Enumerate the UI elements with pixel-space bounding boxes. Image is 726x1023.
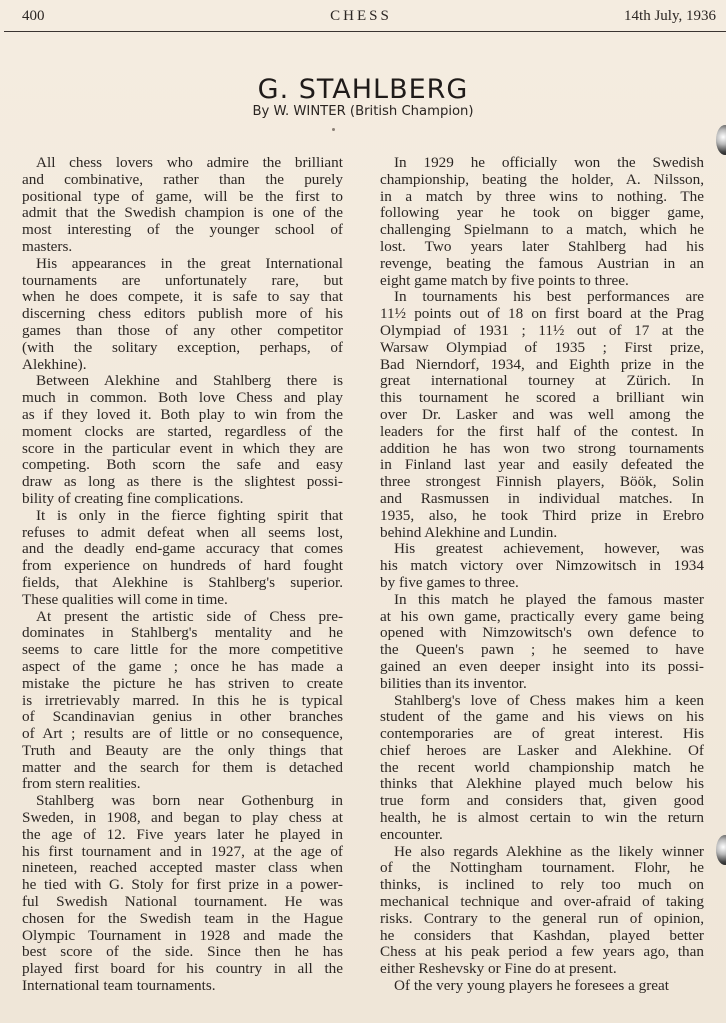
- text-line: revenge, beating the famous Austrian in …: [380, 256, 704, 273]
- left-column: All chess lovers who admire the brillian…: [22, 155, 343, 995]
- text-line: positional type of game, will be the fir…: [22, 189, 343, 206]
- text-line: Bad Nierndorf, 1934, and Eighth prize in…: [380, 357, 704, 374]
- text-line: behind Alekhine and Lundin.: [380, 525, 704, 542]
- text-line: he tied with G. Stoly for first prize in…: [22, 877, 343, 894]
- text-line: as if they loved it. Both play to win fr…: [22, 407, 343, 424]
- text-line: the age of 12. Five years later he playe…: [22, 827, 343, 844]
- text-line: thinks that Alekhine played much below h…: [380, 776, 704, 793]
- text-line: in a match by three wins to nothing. The: [380, 189, 704, 206]
- text-line: health, he is almost certain to win the …: [380, 810, 704, 827]
- text-line: the Queen's pawn ; he seemed to have: [380, 642, 704, 659]
- text-line: true form and considers that, given good: [380, 793, 704, 810]
- text-line: his match victory over Nimzowitsch in 19…: [380, 558, 704, 575]
- text-line: Of the very young players he foresees a …: [380, 978, 704, 995]
- text-line: of the Nottingham tournament. Flohr, he: [380, 860, 704, 877]
- text-line: score in the particular event in which t…: [22, 441, 343, 458]
- text-line: he considers that Kashdan, played better: [380, 928, 704, 945]
- text-line: thinks, is inclined to rely too much on: [380, 877, 704, 894]
- text-line: best score of the side. Since then he ha…: [22, 944, 343, 961]
- text-line: nineteen, reached accepted master class …: [22, 860, 343, 877]
- text-line: at his own game, practically every game …: [380, 609, 704, 626]
- text-line: challenging Spielmann to a match, which …: [380, 222, 704, 239]
- article-title: G. STAHLBERG: [0, 74, 726, 105]
- text-line: ful Swedish National tournament. He was: [22, 894, 343, 911]
- text-line: aspect of the game ; once he has made a: [22, 659, 343, 676]
- text-line: the recent world championship match he: [380, 760, 704, 777]
- text-line: mistake the picture he has striven to cr…: [22, 676, 343, 693]
- right-column: In 1929 he officially won the Swedishcha…: [380, 155, 704, 995]
- text-line: dominates in Stahlberg's mentality and h…: [22, 625, 343, 642]
- text-line: Warsaw Olympiad of 1935 ; First prize,: [380, 340, 704, 357]
- text-line: Truth and Beauty are the only things tha…: [22, 743, 343, 760]
- text-line: masters.: [22, 239, 343, 256]
- text-line: from experience on hundreds of hard foug…: [22, 558, 343, 575]
- text-line: risks. Contrary to the general run of op…: [380, 911, 704, 928]
- text-line: lost. Two years later Stahlberg had his: [380, 239, 704, 256]
- text-line: bility of creating fine complications.: [22, 491, 343, 508]
- text-line: mechanical technique and over-afraid of …: [380, 894, 704, 911]
- text-line: In tournaments his best performances are: [380, 289, 704, 306]
- text-line: chief heroes are Lasker and Alekhine. Of: [380, 743, 704, 760]
- text-line: following year he took on bigger game,: [380, 205, 704, 222]
- text-line: These qualities will come in time.: [22, 592, 343, 609]
- binder-hole-icon: [716, 835, 726, 865]
- running-header: 400 CHESS 14th July, 1936: [22, 8, 720, 28]
- magazine-page: 400 CHESS 14th July, 1936 G. STAHLBERG B…: [0, 0, 726, 1023]
- text-line: fields, that Alekhine is Stahlberg's sup…: [22, 575, 343, 592]
- text-line: games than those of any other competitor: [22, 323, 343, 340]
- text-line: International team tournaments.: [22, 978, 343, 995]
- text-line: most interesting of the younger school o…: [22, 222, 343, 239]
- text-line: much in common. Both love Chess and play: [22, 390, 343, 407]
- text-line: At present the artistic side of Chess pr…: [22, 609, 343, 626]
- header-rule: [4, 31, 726, 32]
- text-line: Alekhine).: [22, 357, 343, 374]
- text-line: played first board for his country in al…: [22, 961, 343, 978]
- text-line: Stahlberg's love of Chess makes him a ke…: [380, 693, 704, 710]
- text-line: 1935, also, he took Third prize in Erebr…: [380, 508, 704, 525]
- text-line: great international tourney at Zürich. I…: [380, 373, 704, 390]
- text-line: his first tournament and in 1927, at the…: [22, 844, 343, 861]
- text-line: competing. Both scorn the safe and easy: [22, 457, 343, 474]
- text-line: 11½ points out of 18 on first board at t…: [380, 306, 704, 323]
- text-line: three strongest Finnish players, Böök, S…: [380, 474, 704, 491]
- binder-hole-icon: [716, 125, 726, 155]
- text-line: and Rasmussen in individual matches. In: [380, 491, 704, 508]
- text-line: (with the solitary exception, perhaps, o…: [22, 340, 343, 357]
- text-line: admit that the Swedish champion is one o…: [22, 205, 343, 222]
- text-line: when he does compete, it is safe to say …: [22, 289, 343, 306]
- text-line: tournaments are unfortunately rare, but: [22, 273, 343, 290]
- text-line: over Dr. Lasker and was well among the: [380, 407, 704, 424]
- issue-date: 14th July, 1936: [624, 8, 716, 25]
- text-line: seems to care little for the more compet…: [22, 642, 343, 659]
- text-line: refuses to admit defeat when all seems l…: [22, 525, 343, 542]
- text-line: draw as long as there is the slightest p…: [22, 474, 343, 491]
- text-line: addition he has won two strong tournamen…: [380, 441, 704, 458]
- text-line: In this match he played the famous maste…: [380, 592, 704, 609]
- text-line: and combinative, rather than the purely: [22, 172, 343, 189]
- print-speck: [332, 128, 335, 131]
- text-line: leaders for the first half of the contes…: [380, 424, 704, 441]
- text-line: encounter.: [380, 827, 704, 844]
- text-line: of Art ; results are of little or no con…: [22, 726, 343, 743]
- text-line: Between Alekhine and Stahlberg there is: [22, 373, 343, 390]
- magazine-title: CHESS: [22, 8, 720, 25]
- text-line: discerning chess editors publish more of…: [22, 306, 343, 323]
- text-line: championship, beating the holder, A. Nil…: [380, 172, 704, 189]
- text-line: Sweden, in 1908, and began to play chess…: [22, 810, 343, 827]
- text-line: contemporaries are of great interest. Hi…: [380, 726, 704, 743]
- text-line: this tournament he scored a brilliant wi…: [380, 390, 704, 407]
- text-line: bilities than its inventor.: [380, 676, 704, 693]
- text-line: eight game match by five points to three…: [380, 273, 704, 290]
- text-line: and the deadly end-game accuracy that co…: [22, 541, 343, 558]
- text-line: Olympic Tournament in 1928 and made the: [22, 928, 343, 945]
- text-line: chosen for the Swedish team in the Hague: [22, 911, 343, 928]
- text-line: of Scandinavian genius in other branches: [22, 709, 343, 726]
- text-line: from stern realities.: [22, 776, 343, 793]
- article-byline: By W. WINTER (British Champion): [0, 104, 726, 119]
- text-line: His greatest achievement, however, was: [380, 541, 704, 558]
- text-line: either Reshevsky or Fine do at present.: [380, 961, 704, 978]
- text-line: All chess lovers who admire the brillian…: [22, 155, 343, 172]
- text-line: It is only in the fierce fighting spirit…: [22, 508, 343, 525]
- text-line: Olympiad of 1931 ; 11½ out of 17 at the: [380, 323, 704, 340]
- text-line: student of the game and his views on his: [380, 709, 704, 726]
- text-line: Stahlberg was born near Gothenburg in: [22, 793, 343, 810]
- text-line: matter and the search for them is detach…: [22, 760, 343, 777]
- text-line: by five games to three.: [380, 575, 704, 592]
- text-line: opened with Nimzowitsch's own defence to: [380, 625, 704, 642]
- text-line: is irretrievably marred. In this he is t…: [22, 693, 343, 710]
- text-line: gained an even deeper insight into its p…: [380, 659, 704, 676]
- text-line: in Finland last year and easily defeated…: [380, 457, 704, 474]
- text-line: Chess at his peak period a few years ago…: [380, 944, 704, 961]
- text-line: In 1929 he officially won the Swedish: [380, 155, 704, 172]
- text-line: His appearances in the great Internation…: [22, 256, 343, 273]
- text-line: He also regards Alekhine as the likely w…: [380, 844, 704, 861]
- text-line: moment clocks are started, regardless of…: [22, 424, 343, 441]
